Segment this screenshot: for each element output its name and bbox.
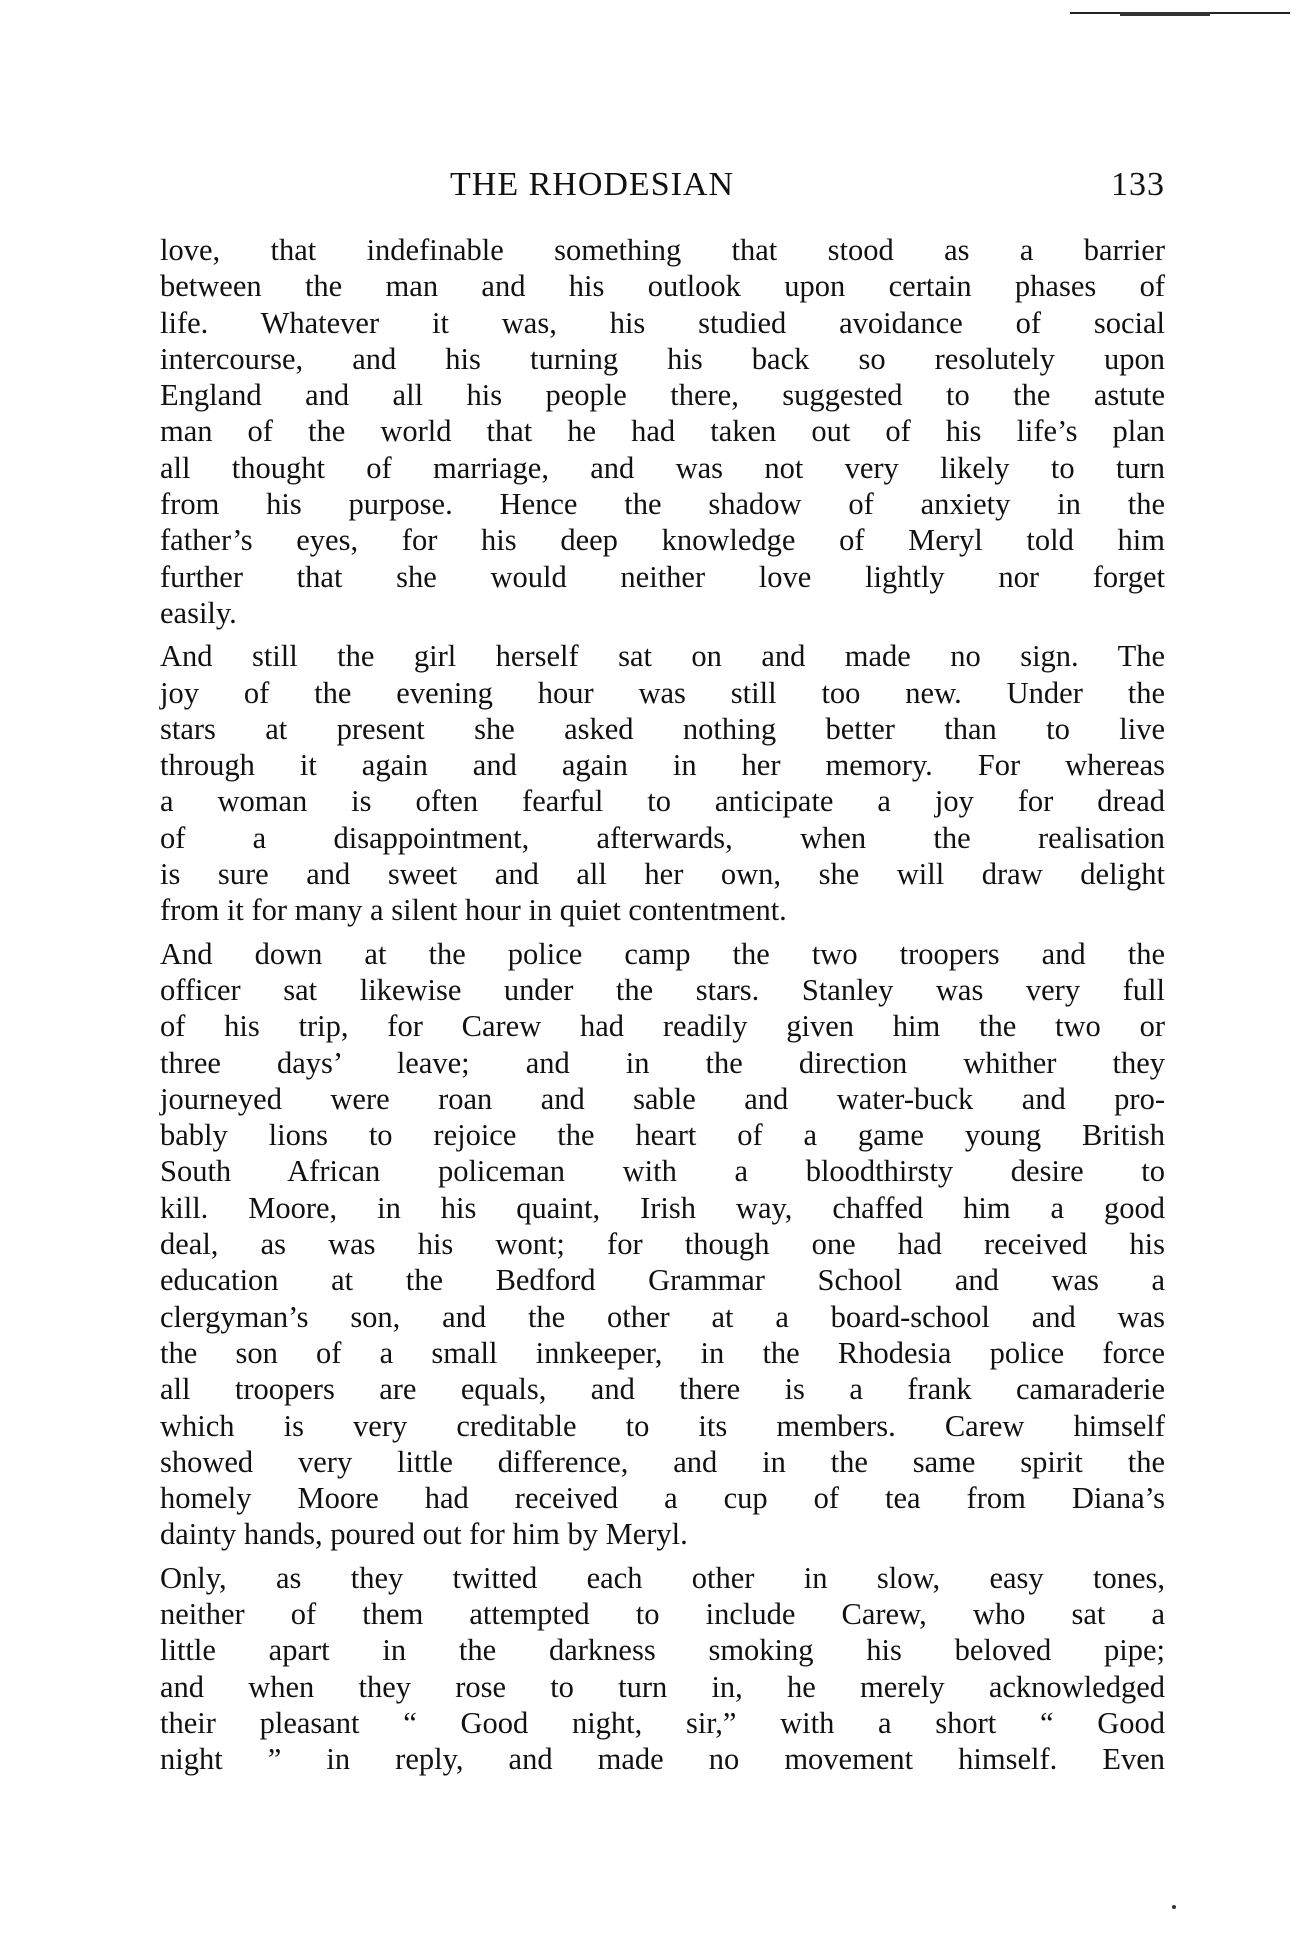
paragraph: And still the girl herself sat on and ma… xyxy=(160,638,1165,928)
text-line: And still the girl herself sat on and ma… xyxy=(160,638,1165,674)
text-line: their pleasant “ Good night, sir,” with … xyxy=(160,1705,1165,1741)
text-line: education at the Bedford Grammar School … xyxy=(160,1262,1165,1298)
text-line: South African policeman with a bloodthir… xyxy=(160,1153,1165,1189)
text-line: from it for many a silent hour in quiet … xyxy=(160,892,1165,928)
text-line: kill. Moore, in his quaint, Irish way, c… xyxy=(160,1190,1165,1226)
text-line: a woman is often fearful to anticipate a… xyxy=(160,783,1165,819)
text-line: homely Moore had received a cup of tea f… xyxy=(160,1480,1165,1516)
text-line: joy of the evening hour was still too ne… xyxy=(160,675,1165,711)
paragraph: Only, as they twitted each other in slow… xyxy=(160,1560,1165,1778)
text-line: England and all his people there, sugges… xyxy=(160,377,1165,413)
text-line: deal, as was his wont; for though one ha… xyxy=(160,1226,1165,1262)
text-line: three days’ leave; and in the direction … xyxy=(160,1045,1165,1081)
text-line: father’s eyes, for his deep knowledge of… xyxy=(160,522,1165,558)
text-line: further that she would neither love ligh… xyxy=(160,559,1165,595)
text-line: bably lions to rejoice the heart of a ga… xyxy=(160,1117,1165,1153)
text-line: of a disappointment, afterwards, when th… xyxy=(160,820,1165,856)
text-line: clergyman’s son, and the other at a boar… xyxy=(160,1299,1165,1335)
text-line: all troopers are equals, and there is a … xyxy=(160,1371,1165,1407)
text-line: life. Whatever it was, his studied avoid… xyxy=(160,305,1165,341)
running-title: THE RHODESIAN xyxy=(450,166,734,204)
text-line: showed very little difference, and in th… xyxy=(160,1444,1165,1480)
text-line: from his purpose. Hence the shadow of an… xyxy=(160,486,1165,522)
text-line: the son of a small innkeeper, in the Rho… xyxy=(160,1335,1165,1371)
page-body: love, that indefinable something that st… xyxy=(160,232,1165,1784)
text-line: which is very creditable to its members.… xyxy=(160,1408,1165,1444)
text-line: all thought of marriage, and was not ver… xyxy=(160,450,1165,486)
text-line: easily. xyxy=(160,595,1165,631)
text-line: little apart in the darkness smoking his… xyxy=(160,1632,1165,1668)
page-number: 133 xyxy=(1111,166,1165,204)
text-line: neither of them attempted to include Car… xyxy=(160,1596,1165,1632)
text-line: journeyed were roan and sable and water-… xyxy=(160,1081,1165,1117)
text-line: and when they rose to turn in, he merely… xyxy=(160,1669,1165,1705)
text-line: And down at the police camp the two troo… xyxy=(160,936,1165,972)
text-line: night ” in reply, and made no movement h… xyxy=(160,1741,1165,1777)
text-line: dainty hands, poured out for him by Mery… xyxy=(160,1516,1165,1552)
text-line: of his trip, for Carew had readily given… xyxy=(160,1008,1165,1044)
paragraph: love, that indefinable something that st… xyxy=(160,232,1165,631)
paragraph: And down at the police camp the two troo… xyxy=(160,936,1165,1553)
text-line: through it again and again in her memory… xyxy=(160,747,1165,783)
text-line: between the man and his outlook upon cer… xyxy=(160,268,1165,304)
scan-speck xyxy=(1172,1905,1176,1909)
scan-artifact-mark xyxy=(1120,12,1210,16)
text-line: man of the world that he had taken out o… xyxy=(160,413,1165,449)
text-line: stars at present she asked nothing bette… xyxy=(160,711,1165,747)
text-line: officer sat likewise under the stars. St… xyxy=(160,972,1165,1008)
running-header: THE RHODESIAN 133 xyxy=(160,166,1165,210)
text-line: is sure and sweet and all her own, she w… xyxy=(160,856,1165,892)
text-line: intercourse, and his turning his back so… xyxy=(160,341,1165,377)
text-line: Only, as they twitted each other in slow… xyxy=(160,1560,1165,1596)
text-line: love, that indefinable something that st… xyxy=(160,232,1165,268)
